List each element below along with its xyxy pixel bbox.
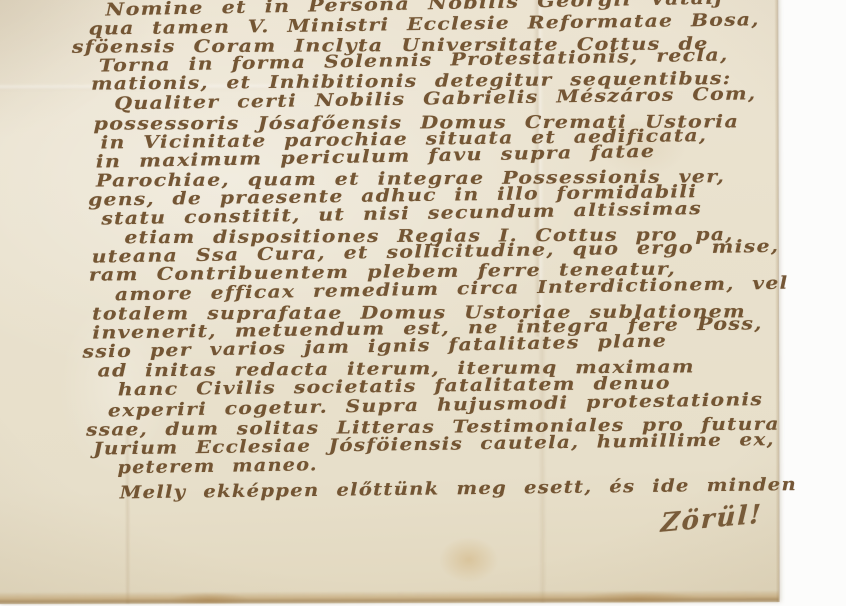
manuscript-line: Melly ekképpen előttünk meg esett, és id… <box>120 476 797 503</box>
manuscript-paper: Nomine et in Persona Nobilis Georgii Vat… <box>0 0 779 604</box>
manuscript-line: peterem maneo. <box>117 457 318 479</box>
paper-bottom-edge <box>0 590 779 604</box>
